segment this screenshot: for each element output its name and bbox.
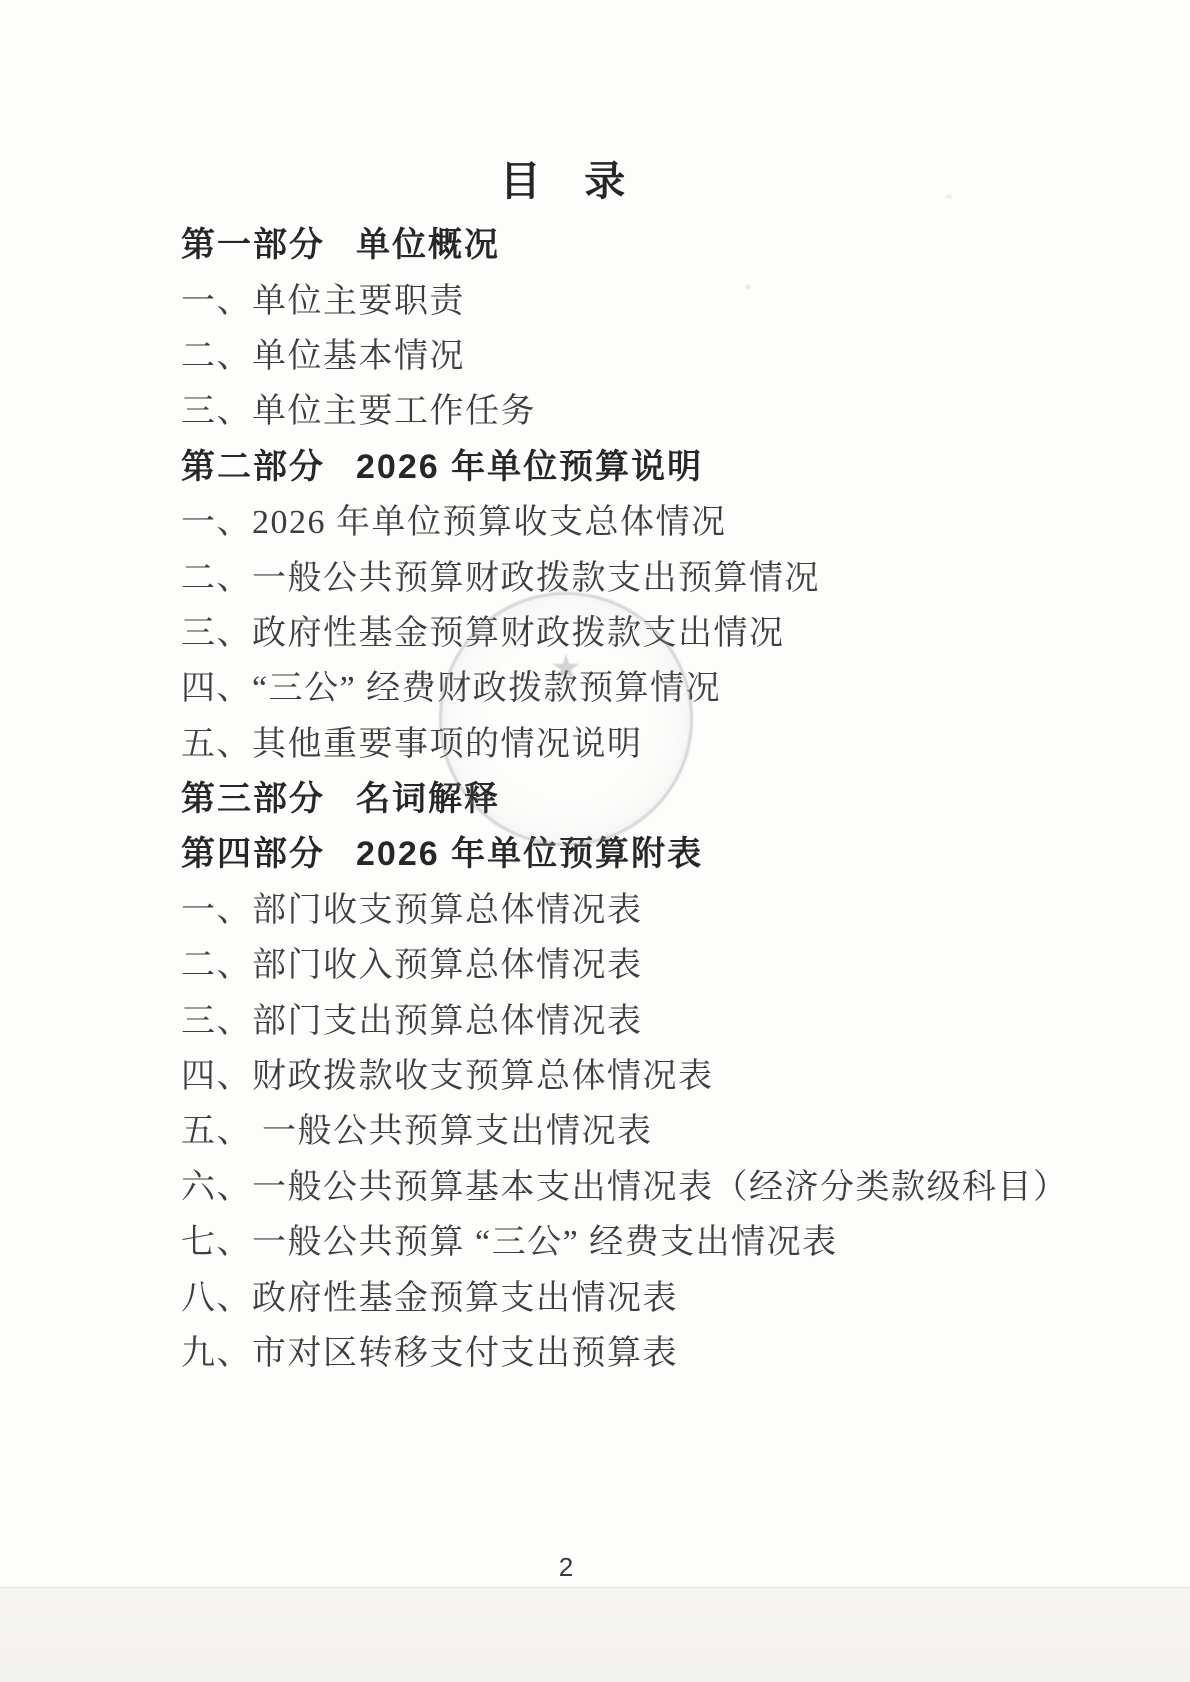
toc-item: 二、一般公共预算财政拨款支出预算情况 <box>181 546 1069 601</box>
scan-bottom-shadow <box>0 1587 1190 1682</box>
toc-item: 三、部门支出预算总体情况表 <box>181 989 1069 1044</box>
toc-item-text: 四、财政拨款收支预算总体情况表 <box>181 1048 714 1097</box>
scanned-document-page: 目 录 第一部分 单位概况 一、单位主要职责 二、单位基本情况 三、单位主要工作… <box>0 0 1190 1682</box>
toc-item: 二、单位基本情况 <box>181 325 1069 380</box>
part-label: 第一部分 <box>181 217 325 266</box>
toc-item-text: 九、市对区转移支付支出预算表 <box>181 1325 678 1374</box>
scan-speckle <box>745 284 751 289</box>
scan-speckle <box>946 194 952 199</box>
toc-item: 八、政府性基金预算支出情况表 <box>181 1266 1069 1321</box>
part-label: 第四部分 <box>181 826 325 875</box>
toc-item: 七、一般公共预算 “三公” 经费支出情况表 <box>181 1211 1069 1266</box>
toc-item-text: 二、部门收入预算总体情况表 <box>181 937 643 986</box>
toc-part-heading-2: 第二部分 2026 年单位预算说明 <box>181 436 1069 491</box>
page-number: 2 <box>0 1552 1132 1583</box>
part-label: 第三部分 <box>181 771 325 820</box>
document-title: 目 录 <box>0 152 1126 210</box>
toc-item: 一、2026 年单位预算收支总体情况 <box>181 491 1069 546</box>
toc-item-text: 五、 一般公共预算支出情况表 <box>181 1103 653 1152</box>
toc-item-text: 七、一般公共预算 “三公” 经费支出情况表 <box>181 1214 838 1263</box>
toc-item: 四、财政拨款收支预算总体情况表 <box>181 1045 1069 1100</box>
part-title: 单位概况 <box>356 217 500 266</box>
toc-item-text: 一、部门收支预算总体情况表 <box>181 882 643 931</box>
toc-item-text: 三、单位主要工作任务 <box>181 383 536 432</box>
toc-item-text: 三、部门支出预算总体情况表 <box>181 993 643 1042</box>
official-seal-watermark: ★ <box>439 592 693 846</box>
seal-star-icon: ★ <box>551 651 581 685</box>
toc-item: 三、单位主要工作任务 <box>181 380 1069 435</box>
part-title: 2026 年单位预算说明 <box>356 439 703 488</box>
toc-item-text: 一、2026 年单位预算收支总体情况 <box>181 494 727 543</box>
toc-item: 五、 一般公共预算支出情况表 <box>181 1100 1069 1155</box>
toc-item-text: 一、单位主要职责 <box>181 273 465 322</box>
toc-item: 一、单位主要职责 <box>181 269 1069 324</box>
toc-item-text: 二、单位基本情况 <box>181 328 465 377</box>
toc-part-heading-1: 第一部分 单位概况 <box>181 214 1069 269</box>
toc-item-text: 八、政府性基金预算支出情况表 <box>181 1270 678 1319</box>
toc-item-text: 二、一般公共预算财政拨款支出预算情况 <box>181 550 820 599</box>
toc-item: 九、市对区转移支付支出预算表 <box>181 1322 1069 1377</box>
toc-item-text: 六、一般公共预算基本支出情况表（经济分类款级科目） <box>181 1159 1069 1208</box>
toc-item: 二、部门收入预算总体情况表 <box>181 934 1069 989</box>
part-label: 第二部分 <box>181 439 325 488</box>
toc-item: 六、一般公共预算基本支出情况表（经济分类款级科目） <box>181 1156 1069 1211</box>
toc-item: 一、部门收支预算总体情况表 <box>181 879 1069 934</box>
